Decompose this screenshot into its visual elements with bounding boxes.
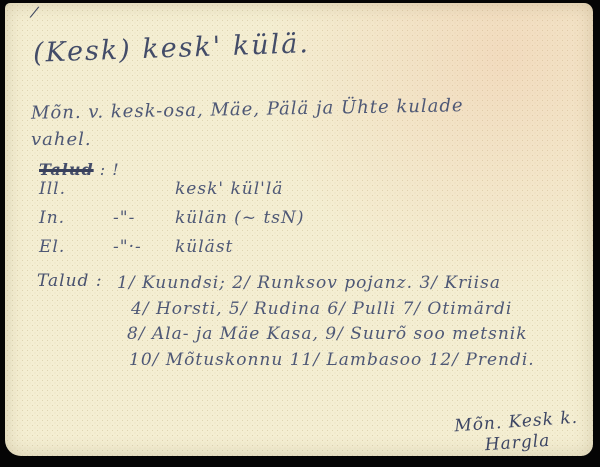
case-abbr: El. xyxy=(39,237,113,257)
signature: Mõn. Kesk k. Hargla xyxy=(454,408,580,459)
card-title: (Kesk) kesk' külä. xyxy=(33,28,311,69)
scan-border: / (Kesk) kesk' külä. Mõn. v. kesk-osa, M… xyxy=(0,0,600,467)
farm-list-line: 1/ Kuundsi; 2/ Runksov pojanz. 3/ Kriisa xyxy=(117,271,535,297)
farm-list-line: 8/ Ala- ja Mäe Kasa, 9/ Suurõ soo metsni… xyxy=(117,322,535,348)
farm-list-section: Talud : 1/ Kuundsi; 2/ Runksov pojanz. 3… xyxy=(37,271,535,373)
ditto-mark: -"- xyxy=(113,208,175,228)
case-form: külän (~ tsN) xyxy=(175,208,305,228)
case-abbr: In. xyxy=(39,208,113,228)
description-line-2: vahel. xyxy=(31,129,92,150)
ditto-mark xyxy=(113,179,175,199)
farm-list: 1/ Kuundsi; 2/ Runksov pojanz. 3/ Kriisa… xyxy=(117,271,535,373)
struck-heading: Talud : ! xyxy=(39,160,120,179)
struck-suffix: : ! xyxy=(100,160,120,179)
corner-pen-mark: / xyxy=(30,3,40,22)
ditto-mark: -"·- xyxy=(113,237,175,257)
farm-list-line: 10/ Mõtuskonnu 11/ Lambasoo 12/ Prendi. xyxy=(117,348,535,374)
case-form: küläst xyxy=(175,237,305,257)
description-line-1: Mõn. v. kesk-osa, Mäe, Pälä ja Ühte kula… xyxy=(31,95,464,124)
case-form: kesk' kül'lä xyxy=(175,179,305,199)
index-card: / (Kesk) kesk' külä. Mõn. v. kesk-osa, M… xyxy=(5,3,593,456)
case-form-table: Ill. kesk' kül'lä In. -"- külän (~ tsN) … xyxy=(39,179,305,257)
farm-list-label: Talud : xyxy=(37,271,109,373)
farm-list-line: 4/ Horsti, 5/ Rudina 6/ Pulli 7/ Otimärd… xyxy=(117,297,535,323)
struck-word: Talud xyxy=(39,160,94,179)
case-abbr: Ill. xyxy=(39,179,113,199)
